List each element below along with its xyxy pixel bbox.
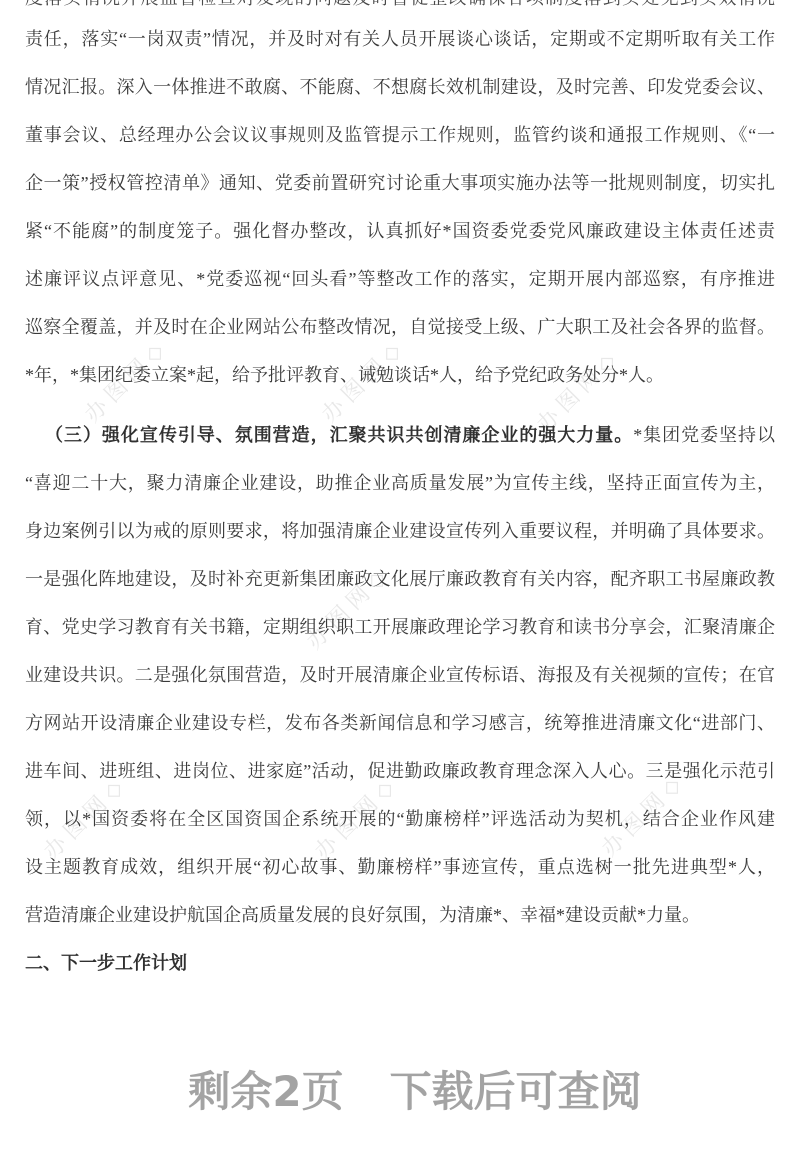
text-line: 巡察全覆盖，并及时在企业网站公布整改情况，自觉接受上级、广大职工及社会各界的监督… <box>25 303 775 351</box>
text-line: 责任，落实“一岗双责”情况，并及时对有关人员开展谈心谈话，定期或不定期听取有关工… <box>25 15 775 63</box>
text-line: 设主题教育成效，组织开展“初心故事、勤廉榜样”事迹宣传，重点选树一批先进典型*人… <box>25 843 775 891</box>
document-content: 度落实情况开展监督检查对发现的问题及时督促整改确保各项制度落到实处见到实效情况 … <box>25 0 775 1122</box>
text-line: 身边案例引以为戒的原则要求，将加强清廉企业建设宣传列入重要议程，并明确了具体要求… <box>25 507 775 555</box>
top-clipped-line: 度落实情况开展监督检查对发现的问题及时督促整改确保各项制度落到实处见到实效情况 <box>25 0 775 8</box>
text-line: *年，*集团纪委立案*起，给予批评教育、诫勉谈话*人，给予党纪政务处分*人。 <box>25 351 775 399</box>
pages-remaining-label: 剩余2页 <box>188 1062 343 1122</box>
text-line: “喜迎二十大，聚力清廉企业建设，助推企业高质量发展”为宣传主线，坚持正面宣传为主… <box>25 459 775 507</box>
text-line: 进车间、进班组、进岗位、进家庭”活动，促进勤政廉政教育理念深入人心。三是强化示范… <box>25 747 775 795</box>
text-line: 营造清廉企业建设护航国企高质量发展的良好氛围，为清廉*、幸福*建设贡献*力量。 <box>25 891 775 939</box>
text-line: 述廉评议点评意见、*党委巡视“回头看”等整改工作的落实，定期开展内部巡察，有序推… <box>25 255 775 303</box>
text-line: 紧“不能腐”的制度笼子。强化督办整改，认真抓好*国资委党委党风廉政建设主体责任述… <box>25 207 775 255</box>
section-heading-next-plan: 二、下一步工作计划 <box>25 939 775 987</box>
text-line: 二、下一步工作计划 <box>25 939 775 987</box>
text-line: 一是强化阵地建设，及时补充更新集团廉政文化展厅廉政教育有关内容，配齐职工书屋廉政… <box>25 555 775 603</box>
text-line: （三）强化宣传引导、氛围营造，汇聚共识共创清廉企业的强大力量。*集团党委坚持以 <box>25 411 775 459</box>
text-line: 情况汇报。深入一体推进不敢腐、不能腐、不想腐长效机制建设，及时完善、印发党委会议… <box>25 63 775 111</box>
text-line: 企一策”授权管控清单》通知、党委前置研究讨论重大事项实施办法等一批规则制度，切实… <box>25 159 775 207</box>
text-line: 方网站开设清廉企业建设专栏，发布各类新闻信息和学习感言，统筹推进清廉文化“进部门… <box>25 699 775 747</box>
paragraph-continuation: 责任，落实“一岗双责”情况，并及时对有关人员开展谈心谈话，定期或不定期听取有关工… <box>25 15 775 399</box>
text-line: 领，以*国资委将在全区国资国企系统开展的“勤廉榜样”评选活动为契机，结合企业作风… <box>25 795 775 843</box>
document-page: 办图网◇办图网◇办图网◇办图网◇办图网◇办图网◇办图网◇ 度落实情况开展监督检查… <box>0 0 800 1172</box>
text-line: 董事会议、总经理办公会议议事规则及监管提示工作规则，监管约谈和通报工作规则、《“… <box>25 111 775 159</box>
text-line: 度落实情况开展监督检查对发现的问题及时督促整改确保各项制度落到实处见到实效情况 <box>25 0 775 8</box>
preview-banner[interactable]: 剩余2页 下载后可查阅 <box>40 1062 790 1122</box>
text-line: 业建设共识。二是强化氛围营造，及时开展清廉企业宣传标语、海报及有关视频的宣传；在… <box>25 651 775 699</box>
text-line: 育、党史学习教育有关书籍，定期组织职工开展廉政理论学习教育和读书分享会，汇聚清廉… <box>25 603 775 651</box>
download-hint-label: 下载后可查阅 <box>390 1062 642 1122</box>
paragraph-section-3: （三）强化宣传引导、氛围营造，汇聚共识共创清廉企业的强大力量。*集团党委坚持以“… <box>25 411 775 939</box>
